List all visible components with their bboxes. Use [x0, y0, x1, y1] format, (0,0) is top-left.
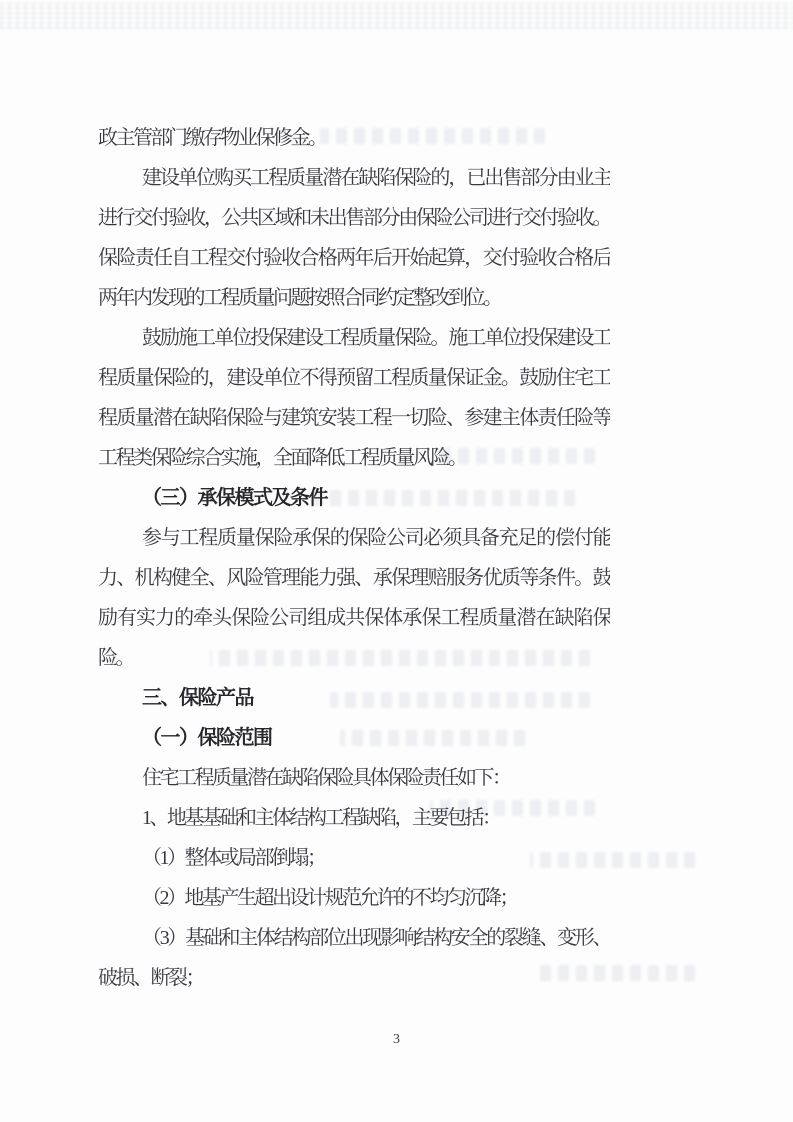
text-line: 保险责任自工程交付验收合格两年后开始起算，交付验收合格后 [98, 238, 610, 278]
heading-line: （一）保险范围 [98, 718, 610, 758]
text-line: 住宅工程质量潜在缺陷保险具体保险责任如下： [98, 758, 610, 798]
text-line: 险。 [98, 638, 610, 678]
text-line: 程质量潜在缺陷保险与建筑安装工程一切险、参建主体责任险等 [98, 398, 610, 438]
document-body: 政主管部门缴存物业保修金。建设单位购买工程质量潜在缺陷保险的，已出售部分由业主进… [98, 118, 610, 998]
text-line: 破损、断裂； [98, 958, 610, 998]
heading-line: 三、保险产品 [98, 678, 610, 718]
text-line: 力、机构健全、风险管理能力强、承保理赔服务优质等条件。鼓 [98, 558, 610, 598]
text-line: 工程类保险综合实施，全面降低工程质量风险。 [98, 438, 610, 478]
text-line: 参与工程质量保险承保的保险公司必须具备充足的偿付能 [98, 518, 610, 558]
text-line: 进行交付验收，公共区域和未出售部分由保险公司进行交付验收。 [98, 198, 610, 238]
scanned-document-page: 政主管部门缴存物业保修金。建设单位购买工程质量潜在缺陷保险的，已出售部分由业主进… [0, 0, 793, 1122]
text-line: 1、地基基础和主体结构工程缺陷，主要包括： [98, 798, 610, 838]
page-number: 3 [0, 1032, 793, 1048]
text-line: 程质量保险的，建设单位不得预留工程质量保证金。鼓励住宅工 [98, 358, 610, 398]
text-line: 两年内发现的工程质量问题按照合同约定整改到位。 [98, 278, 610, 318]
text-line: 鼓励施工单位投保建设工程质量保险。施工单位投保建设工 [98, 318, 610, 358]
text-line: （3）基础和主体结构部位出现影响结构安全的裂缝、变形、 [98, 918, 610, 958]
text-line: 励有实力的牵头保险公司组成共保体承保工程质量潜在缺陷保 [98, 598, 610, 638]
text-line: （1）整体或局部倒塌； [98, 838, 610, 878]
text-line: 建设单位购买工程质量潜在缺陷保险的，已出售部分由业主 [98, 158, 610, 198]
scan-edge-noise [0, 3, 793, 29]
text-line: 政主管部门缴存物业保修金。 [98, 118, 610, 158]
text-line: （2）地基产生超出设计规范允许的不均匀沉降； [98, 878, 610, 918]
heading-line: （三）承保模式及条件 [98, 478, 610, 518]
